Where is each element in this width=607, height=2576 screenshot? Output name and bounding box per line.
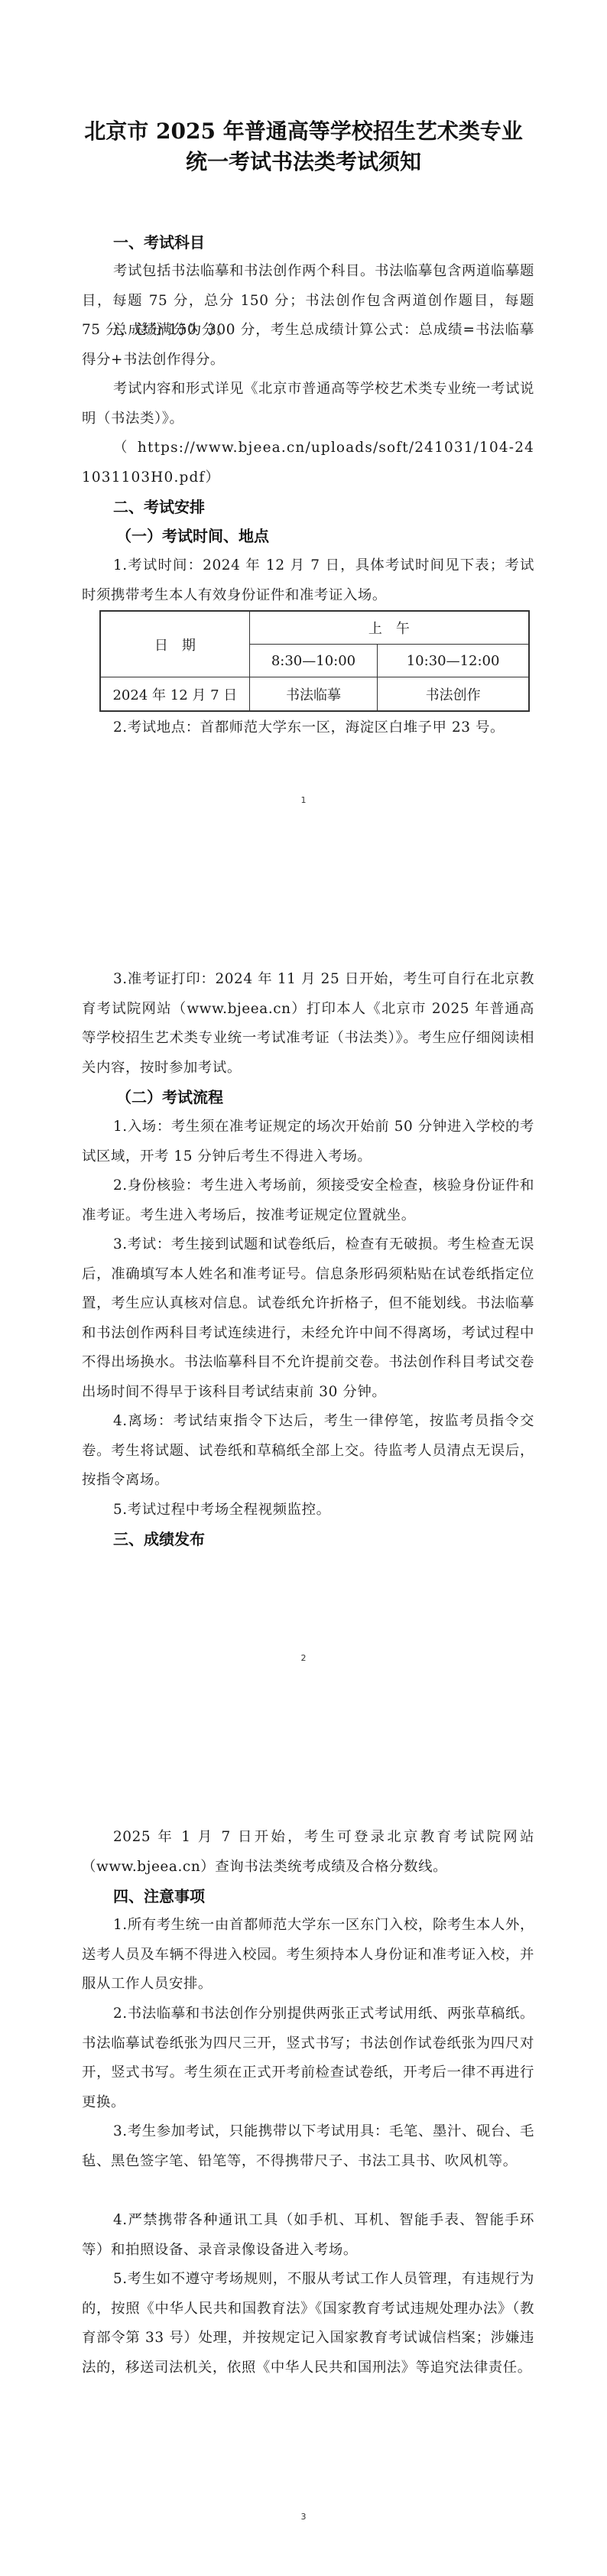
- paragraph-entry: 1.入场：考生须在准考证规定的场次开始前 50 分钟进入学校的考试区域，开考 1…: [82, 1113, 534, 1171]
- page-number-1: 1: [0, 795, 607, 805]
- paragraph-exam-content-reference: 考试内容和形式详见《北京市普通高等学校艺术类专业统一考试说明（书法类）》。: [82, 375, 534, 434]
- paragraph-exam-rules: 3.考试：考生接到试题和试卷纸后，检查有无破损。考生检查无误后，准确填写本人姓名…: [82, 1230, 534, 1407]
- paragraph-note-devices: 4.严禁携带各种通讯工具（如手机、耳机、智能手表、智能手环等）和拍照设备、录音录…: [82, 2206, 534, 2265]
- paragraph-note-paper: 2.书法临摹和书法创作分别提供两张正式考试用纸、两张草稿纸。书法临摹试卷纸张为四…: [82, 1999, 534, 2117]
- exam-schedule-table: 日 期 上 午 8:30—10:00 10:30—12:00 2024 年 12…: [99, 610, 530, 712]
- table-row: 2024 年 12 月 7 日 书法临摹 书法创作: [100, 677, 529, 712]
- paragraph-admission-ticket: 3.准考证打印：2024 年 11 月 25 日开始，考生可自行在北京教育考试院…: [82, 965, 534, 1083]
- section-heading-notes: 四、注意事项: [113, 1882, 205, 1911]
- paragraph-results-release: 2025 年 1 月 7 日开始，考生可登录北京教育考试院网站（www.bjee…: [82, 1823, 534, 1882]
- table-time-slot-1: 8:30—10:00: [249, 645, 377, 677]
- paragraph-exam-location: 2.考试地点：首都师范大学东一区，海淀区白堆子甲 23 号。: [82, 713, 534, 743]
- document-title-line-2: 统一考试书法类考试须知: [0, 147, 607, 177]
- section-heading-results: 三、成绩发布: [113, 1525, 205, 1554]
- section-heading-subjects: 一、考试科目: [113, 228, 205, 257]
- paragraph-leaving: 4.离场：考试结束指令下达后，考生一律停笔，按监考员指令交卷。考生将试题、试卷纸…: [82, 1407, 534, 1496]
- page-number-2: 2: [0, 1653, 607, 1663]
- paragraph-video-monitoring: 5.考试过程中考场全程视频监控。: [82, 1496, 534, 1525]
- paragraph-note-violations: 5.考生如不遵守考场规则，不服从考试工作人员管理，有违规行为的，按照《中华人民共…: [82, 2265, 534, 2383]
- table-header-date: 日 期: [100, 611, 249, 677]
- paragraph-identity-check: 2.身份核验：考生进入考场前，须接受安全检查，核验身份证件和准考证。考生进入考场…: [82, 1171, 534, 1230]
- link-exam-description-pdf[interactable]: （https://www.bjeea.cn/uploads/soft/24103…: [82, 434, 534, 492]
- section-heading-arrangement: 二、考试安排: [113, 492, 205, 521]
- table-cell-subject-creation: 书法创作: [378, 677, 529, 712]
- document-title-line-1: 北京市 2025 年普通高等学校招生艺术类专业: [0, 116, 607, 147]
- table-cell-subject-copying: 书法临摹: [249, 677, 377, 712]
- paragraph-note-entrance: 1.所有考生统一由首都师范大学东一区东门入校，除考生本人外，送考人员及车辆不得进…: [82, 1911, 534, 1999]
- paragraph-exam-time: 1.考试时间：2024 年 12 月 7 日，具体考试时间见下表；考试时须携带考…: [82, 551, 534, 610]
- subsection-heading-time-place: （一）考试时间、地点: [116, 521, 269, 551]
- table-header-morning: 上 午: [249, 611, 529, 645]
- page-number-3: 3: [0, 2512, 607, 2522]
- paragraph-note-tools: 3.考生参加考试，只能携带以下考试用具：毛笔、墨汁、砚台、毛毡、黑色签字笔、铅笔…: [82, 2117, 534, 2176]
- table-cell-date: 2024 年 12 月 7 日: [100, 677, 249, 712]
- table-time-slot-2: 10:30—12:00: [378, 645, 529, 677]
- subsection-heading-procedure: （二）考试流程: [116, 1083, 223, 1112]
- paragraph-total-score: 总成绩满分为 300 分，考生总成绩计算公式：总成绩=书法临摹得分+书法创作得分…: [82, 316, 534, 375]
- table-header-row: 日 期 上 午: [100, 611, 529, 645]
